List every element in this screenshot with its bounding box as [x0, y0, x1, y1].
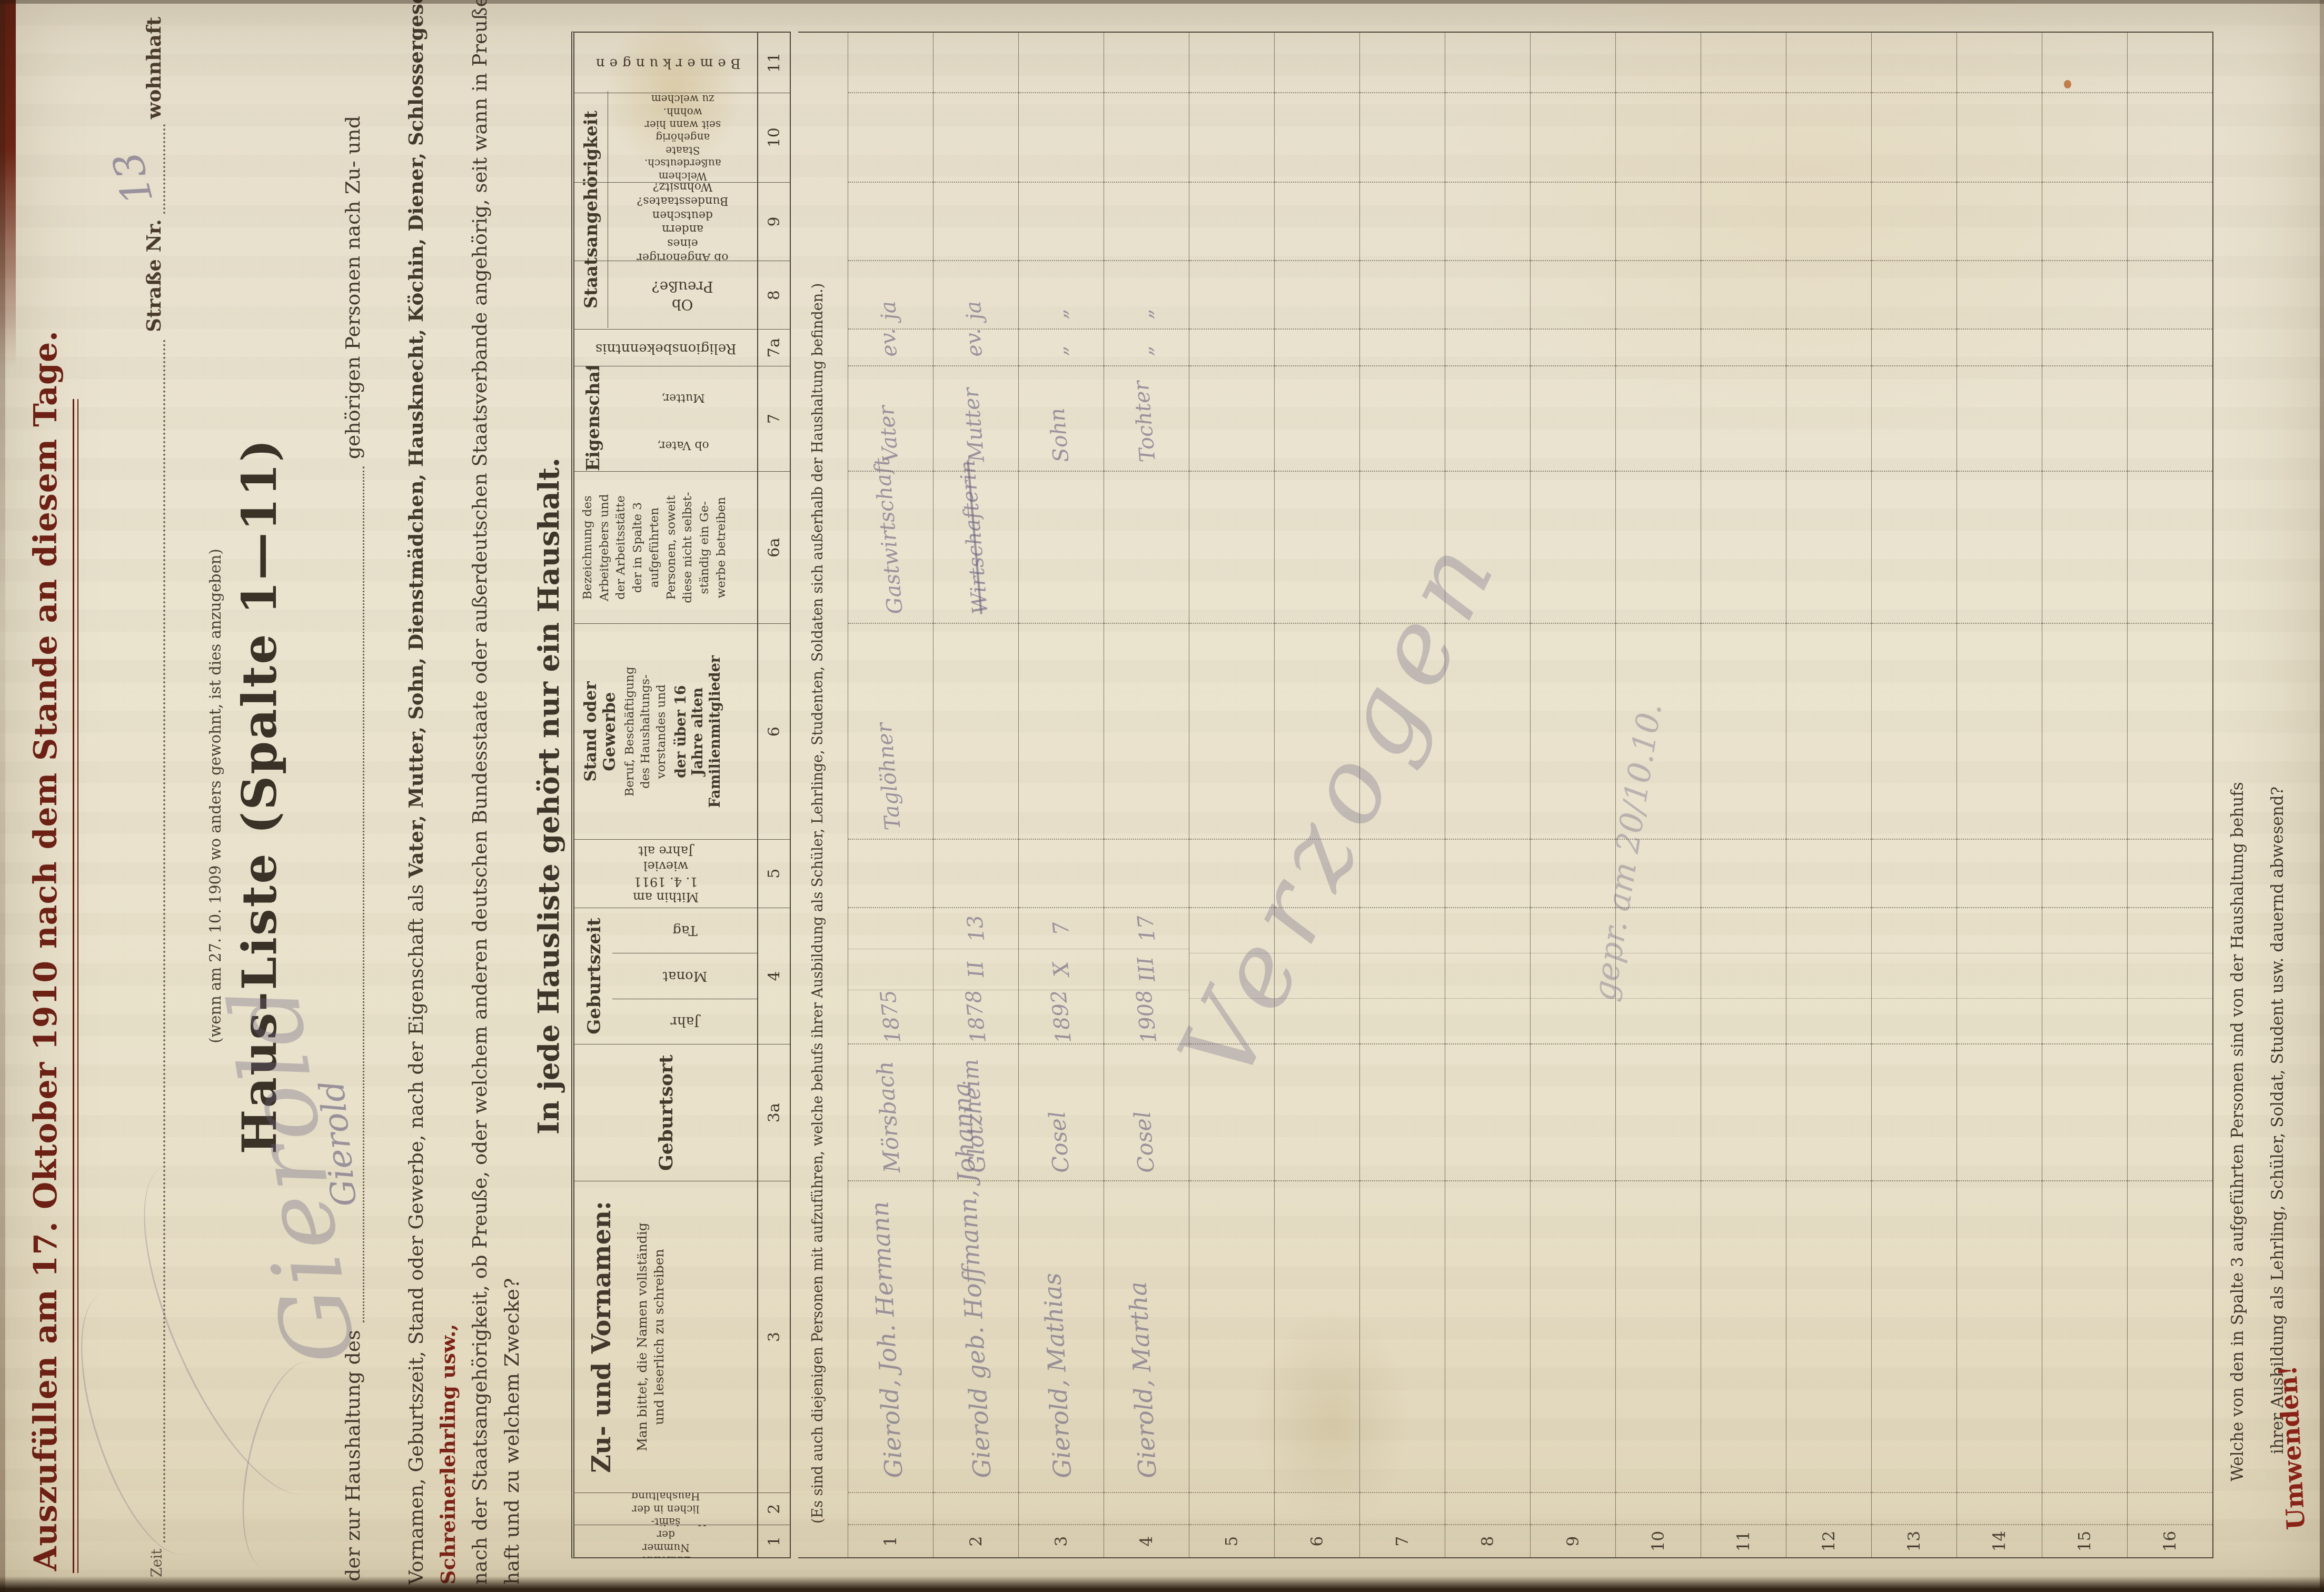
cell-c10 [848, 93, 933, 183]
cell-c2 [1189, 1493, 1274, 1525]
cell-c4: 1875 [848, 908, 933, 1045]
birthdate-jahr [2128, 999, 2212, 1043]
cell-c6 [1701, 624, 1786, 839]
cell-c2 [1275, 1493, 1359, 1525]
col4-sub-monat: Monat [662, 968, 707, 984]
colnum-10: 10 [758, 93, 790, 183]
birthdate-subcells [1360, 908, 1445, 1044]
cell-c6a [1872, 472, 1956, 624]
handwritten-birthplace: Mörsbach [872, 1060, 906, 1173]
cell-c1: 8 [1445, 1525, 1530, 1557]
cell-c4 [2042, 908, 2127, 1045]
cell-c4 [1445, 908, 1530, 1045]
handwritten-role: Sohn [1045, 407, 1074, 463]
cell-c2 [1616, 1493, 1701, 1525]
col5-label: Mithin am 1. 4. 1911 wieviel Jahre alt [632, 843, 700, 904]
row-number: 11 [1701, 1525, 1786, 1557]
cell-c3a [1872, 1044, 1956, 1181]
dotted-line [160, 339, 165, 1543]
cell-c2 [1104, 1493, 1189, 1525]
col4-sub-tag: Tag [672, 922, 697, 938]
cell-c11 [1786, 33, 1871, 93]
cell-c11 [1957, 33, 2042, 93]
house-number-field: 13 [160, 124, 165, 214]
handwritten-jahr: 1878 [961, 989, 990, 1044]
cell-c9 [1872, 183, 1956, 262]
cell-c10 [1104, 93, 1189, 183]
cell-c2 [1360, 1493, 1445, 1525]
row-number: 4 [1104, 1525, 1189, 1557]
header-col-1: Laufende Nummer der Haushaltungen [574, 1525, 757, 1557]
cell-c2 [1701, 1493, 1786, 1525]
table-footnote: (Es sind auch diejenigen Personen mit au… [810, 283, 826, 1524]
cell-c10 [1872, 93, 1956, 183]
birthdate-jahr [1360, 999, 1445, 1043]
birthdate-tag [2128, 908, 2212, 953]
colnum-5: 5 [758, 840, 790, 908]
row-number: 15 [2042, 1525, 2127, 1557]
birthdate-subcells [1872, 908, 1956, 1044]
cell-c4: 1878II13 [933, 908, 1018, 1045]
col4-sub-jahr: Jahr [670, 1014, 699, 1030]
colnum-6: 6 [758, 624, 790, 839]
cell-c11 [1701, 33, 1786, 93]
cell-c3: Gierold, Joh. Hermann [848, 1181, 933, 1493]
birthdate-jahr [2042, 999, 2127, 1043]
row-number: 10 [1616, 1525, 1701, 1557]
cell-c3a [1360, 1044, 1445, 1181]
row-number: 5 [1189, 1525, 1274, 1557]
birthdate-subcells [1786, 908, 1871, 1044]
cell-c9 [1701, 183, 1786, 262]
cell-c7 [1786, 366, 1871, 472]
cell-c10 [2128, 93, 2212, 183]
header-col-11: Bemerkungen [574, 33, 757, 93]
cell-c7 [1957, 366, 2042, 472]
table-row: 16 [2127, 33, 2212, 1557]
row-number: 6 [1275, 1525, 1359, 1557]
cell-c6a [1275, 472, 1359, 624]
col6-small: Beruf, Beschäftigung des Haushaltungs- v… [622, 624, 670, 839]
cell-c4 [1786, 908, 1871, 1045]
colnum-11: 11 [758, 33, 790, 93]
page-edge-right [2320, 0, 2324, 1592]
cell-c11 [1616, 33, 1701, 93]
colnum-4: 4 [758, 908, 790, 1045]
page-edge-top [0, 0, 2324, 4]
birthdate-tag: 7 [1019, 908, 1104, 949]
handwritten-birthplace: Cosel [1044, 1110, 1074, 1173]
row-number: 7 [1360, 1525, 1445, 1557]
handwritten-name: Gierold, Joh. Hermann [865, 1201, 908, 1479]
cell-c8 [1701, 261, 1786, 330]
handwritten-religion: „ [1047, 345, 1072, 358]
header-col-4: Geburtszeit Jahr Monat Tag [574, 908, 757, 1045]
household-rule-line: In jede Hausliste gehört nur ein Haushal… [532, 0, 565, 1592]
birthdate-subcells [1957, 908, 2042, 1044]
cell-c1: 16 [2128, 1525, 2212, 1557]
intro-line-5: haft und zu welchem Zwecke? [500, 1278, 523, 1585]
col3-note: Man bittet, die Namen vollständig und le… [634, 1181, 668, 1493]
handwritten-birthplace: Glotzheim [957, 1058, 991, 1173]
cell-c9 [1275, 183, 1359, 262]
row-number: 16 [2128, 1525, 2212, 1557]
cell-c8 [1275, 261, 1359, 330]
cell-c2 [1445, 1493, 1530, 1525]
table-row: 1Gierold, Joh. HermannMörsbach1875Taglöh… [848, 33, 933, 1557]
handwritten-name: Gierold, Martha [1123, 1281, 1161, 1479]
cell-c7a: ev. [848, 330, 933, 366]
birthdate-monat [1360, 953, 1445, 999]
cell-c2 [1531, 1493, 1615, 1525]
cell-c6a [2042, 472, 2127, 624]
col3a-title: Geburtsort [574, 1044, 757, 1181]
cell-c9 [1445, 183, 1530, 262]
cell-c3 [2042, 1181, 2127, 1493]
birthdate-jahr [1786, 999, 1871, 1043]
bottom-note-line2: ihrer Ausbildung als Lehrling, Schüler, … [2268, 787, 2287, 1454]
form-heading: Auszufüllen am 17. Oktober 1910 nach dem… [27, 330, 64, 1571]
birthdate-monat [1786, 953, 1871, 999]
cell-c8 [1189, 261, 1274, 330]
handwritten-jahr: 1908 [1131, 989, 1161, 1044]
intro-line2-normal: Vornamen, Geburtszeit, Stand oder Gewerb… [405, 878, 428, 1585]
cell-c6a [1616, 472, 1701, 624]
cell-c6a [1531, 472, 1615, 624]
birthdate-subcells [1701, 908, 1786, 1044]
cell-c6a [2128, 472, 2212, 624]
cell-c3: Gierold, Mathias [1019, 1181, 1104, 1493]
handwritten-monat: II [963, 960, 989, 979]
cell-c3a: Cosel [1019, 1044, 1104, 1181]
col1-label: Laufende Nummer der Haushaltungen [625, 1525, 707, 1557]
cell-c11 [1019, 33, 1104, 93]
table-row: 12 [1786, 33, 1871, 1557]
handwritten-religion: ev. [961, 327, 988, 358]
table-row: 5 [1189, 33, 1274, 1557]
form-page: Auszufüllen am 17. Oktober 1910 nach dem… [0, 0, 2324, 1592]
cell-c10 [1275, 93, 1359, 183]
cell-c10 [1360, 93, 1445, 183]
intro-line2-bold: Vater, Mutter, Sohn, Dienstmädchen, Haus… [404, 0, 428, 878]
cell-c3 [1872, 1181, 1956, 1493]
birthdate-tag [1872, 908, 1956, 953]
cell-c4 [1872, 908, 1956, 1045]
cell-c9 [933, 183, 1018, 262]
birthdate-monat [1445, 953, 1530, 999]
cell-c3 [1616, 1181, 1701, 1493]
cell-c8: „ [1104, 261, 1189, 330]
cell-c7 [1701, 366, 1786, 472]
address-line: Zeit Straße Nr. 13 wohnhaft [142, 17, 165, 1577]
cell-c5 [1786, 840, 1871, 908]
cell-c8: „ [1019, 261, 1104, 330]
cell-c10 [2042, 93, 2127, 183]
cell-c7 [2128, 366, 2212, 472]
cell-c10 [1189, 93, 1274, 183]
heading-underline [73, 399, 78, 1573]
table-row: 15 [2042, 33, 2127, 1557]
cell-c8 [1616, 261, 1701, 330]
handwritten-monat: III [1133, 956, 1160, 983]
cell-c1: 6 [1275, 1525, 1359, 1557]
zeit-label: Zeit [149, 1549, 165, 1577]
cell-c3a: Cosel [1104, 1044, 1189, 1181]
cell-c7: Vater [848, 366, 933, 472]
handwritten-tag: 13 [962, 913, 989, 942]
cell-c6 [1104, 624, 1189, 839]
birthdate-monat [1701, 953, 1786, 999]
handwritten-preusse: „ [1132, 309, 1157, 322]
cell-c3 [1360, 1181, 1445, 1493]
handwritten-preusse: ja [876, 300, 902, 321]
cell-c7a [1189, 330, 1274, 366]
cell-c2 [1872, 1493, 1956, 1525]
colnum-3: 3 [758, 1181, 790, 1493]
cell-c7 [1616, 366, 1701, 472]
handwritten-role: Tochter [1129, 380, 1160, 463]
cell-c8 [1360, 261, 1445, 330]
cell-c6 [2042, 624, 2127, 839]
intro-line1-b: gehörigen Personen nach Zu- und [341, 116, 364, 459]
wohnhaft-label: wohnhaft [142, 17, 165, 119]
table-row: 4Gierold, MarthaCosel1908III17Tochter„„ [1104, 33, 1189, 1557]
col4-title: Geburtszeit [584, 908, 605, 1044]
colnum-9: 9 [758, 183, 790, 262]
col7-item: ob Vater, [657, 439, 709, 452]
col9-label: ob Angehöriger eines andern deutschen Bu… [637, 183, 728, 262]
cell-c7 [1360, 366, 1445, 472]
cell-c5 [1019, 840, 1104, 908]
cell-c4: 1892X7 [1019, 908, 1104, 1045]
census-table: Laufende Nummer der Haushaltungen Laufen… [571, 32, 791, 1558]
cell-c7a: ev. [933, 330, 1018, 366]
handwritten-house-number: 13 [104, 147, 162, 210]
cell-c9 [1019, 183, 1104, 262]
cell-c6 [933, 624, 1018, 839]
group-header-staatsangehoerigkeit: Staatsangehörigkeit [574, 91, 608, 328]
table-footnote-strip: (Es sind auch diejenigen Personen mit au… [798, 32, 848, 1558]
handwritten-religion: „ [1132, 345, 1157, 358]
cell-c6 [1786, 624, 1871, 839]
cell-c6a [1957, 472, 2042, 624]
birthdate-jahr [1701, 999, 1786, 1043]
handwritten-employer: Gastwirtschaft [870, 457, 908, 615]
cell-c1: 4 [1104, 1525, 1189, 1557]
cell-c11 [1189, 33, 1274, 93]
cell-c10 [1616, 93, 1701, 183]
cell-c8 [1445, 261, 1530, 330]
cell-c3 [2128, 1181, 2212, 1493]
birthdate-subcells: 1875 [848, 908, 933, 1044]
row-number: 12 [1786, 1525, 1871, 1557]
cell-c6: Taglöhner [848, 624, 933, 839]
table-row: 9 [1530, 33, 1615, 1557]
cell-c1: 2 [933, 1525, 1018, 1557]
cell-c2 [1957, 1493, 2042, 1525]
birthdate-tag [848, 908, 933, 949]
table-row: 2Gierold geb. Hoffmann, JohannaGlotzheim… [933, 33, 1018, 1557]
cell-c6 [1957, 624, 2042, 839]
colnum-8: 8 [758, 261, 790, 330]
col3-title: Zu- und Vornamen: [588, 1181, 616, 1493]
header-col-7a: Religionsbekenntnis [574, 330, 757, 366]
cell-c1: 5 [1189, 1525, 1274, 1557]
cell-c2 [2128, 1493, 2212, 1525]
cell-c11 [933, 33, 1018, 93]
cell-c7 [1189, 366, 1274, 472]
col7a-label: Religionsbekenntnis [595, 340, 737, 356]
cell-c6a [1189, 472, 1274, 624]
header-col-2: Laufende Nummer der sämt- lichen in der … [574, 1493, 757, 1525]
cell-c2 [1019, 1493, 1104, 1525]
col7-list: ob Vater, Mutter, Sohn, Tochter, Knecht,… [609, 366, 757, 471]
cell-c1: 7 [1360, 1525, 1445, 1557]
cell-c10 [1531, 93, 1615, 183]
handwritten-role: Mutter [959, 386, 989, 463]
cell-c7a [1872, 330, 1956, 366]
cell-c3a [2042, 1044, 2127, 1181]
colnum-1: 1 [758, 1525, 790, 1557]
intro-line1-a: der zur Haushaltung des [341, 1330, 364, 1581]
birthdate-jahr [1445, 999, 1530, 1043]
col7-title: Eigenschaft: [583, 366, 603, 471]
cell-c1: 1 [848, 1525, 933, 1557]
cell-c6a [1104, 472, 1189, 624]
header-col-6: Stand oder Gewerbe Beruf, Beschäftigung … [574, 624, 757, 839]
header-col-7: Eigenschaft: ob Vater, Mutter, Sohn, Toc… [574, 366, 757, 472]
birthdate-tag: 13 [933, 908, 1018, 949]
cell-c11 [848, 33, 933, 93]
birthdate-tag [1786, 908, 1871, 953]
cell-c8: ja [933, 261, 1018, 330]
cell-c6 [2128, 624, 2212, 839]
header-col-6a: Bezeichnung des Arbeitgebers und der Arb… [574, 472, 757, 624]
cell-c6 [1531, 624, 1615, 839]
cell-c1: 9 [1531, 1525, 1615, 1557]
cell-c3 [1957, 1181, 2042, 1493]
cell-c7a [2042, 330, 2127, 366]
cell-c6a [1701, 472, 1786, 624]
cell-c7 [1445, 366, 1530, 472]
cell-c5 [2128, 840, 2212, 908]
col4-subcolumns: Jahr Monat Tag [612, 908, 757, 1044]
cell-c7 [1872, 366, 1956, 472]
cell-c2 [1786, 1493, 1871, 1525]
cell-c3a [1957, 1044, 2042, 1181]
cell-c3a [1701, 1044, 1786, 1181]
cell-c7a [1616, 330, 1701, 366]
handwritten-preusse: „ [1047, 309, 1072, 322]
row-number: 2 [933, 1525, 1018, 1557]
cell-c10 [1019, 93, 1104, 183]
column-numbers-row: 1 2 3 3a 4 5 6 6a 7 7a 8 9 10 11 [758, 32, 791, 1558]
name-dotted-field: Gierold [360, 466, 364, 1322]
colnum-7a: 7a [758, 330, 790, 366]
birthdate-tag [1445, 908, 1530, 953]
page-edge-bottom-dark [0, 1576, 2324, 1592]
cell-c6a [1786, 472, 1871, 624]
cell-c5 [1445, 840, 1530, 908]
row-number: 13 [1872, 1525, 1956, 1557]
cell-c7a [1786, 330, 1871, 366]
header-col-3a: Geburtsort [574, 1044, 757, 1181]
birthdate-tag [1360, 908, 1445, 953]
handwritten-tag: 7 [1048, 920, 1074, 936]
cell-c9 [848, 183, 933, 262]
cell-c3: Gierold, Martha [1104, 1181, 1189, 1493]
cell-c5 [1872, 840, 1956, 908]
cell-c1: 13 [1872, 1525, 1956, 1557]
row-number: 3 [1019, 1525, 1104, 1557]
handwritten-jahr: 1892 [1046, 989, 1076, 1044]
cell-c7 [2042, 366, 2127, 472]
cell-c7a [1275, 330, 1359, 366]
cell-c11 [1360, 33, 1445, 93]
table-header: Laufende Nummer der Haushaltungen Laufen… [571, 32, 758, 1558]
birthdate-monat [1957, 953, 2042, 999]
birthdate-subcells [2128, 908, 2212, 1044]
cell-c2 [2042, 1493, 2127, 1525]
birthdate-jahr: 1892 [1019, 990, 1104, 1044]
birthdate-tag [1957, 908, 2042, 953]
cell-c3a [1786, 1044, 1871, 1181]
birthdate-jahr: 1878 [933, 990, 1018, 1044]
cell-c5 [1701, 840, 1786, 908]
cell-c9 [2128, 183, 2212, 262]
birthdate-subcells: 1892X7 [1019, 908, 1104, 1044]
cell-c1: 11 [1701, 1525, 1786, 1557]
table-row: 13 [1871, 33, 1956, 1557]
cell-c11 [2128, 33, 2212, 93]
cell-c6 [1019, 624, 1104, 839]
cell-c7a [1957, 330, 2042, 366]
handwritten-employer: Wirtschafterin [955, 460, 992, 615]
cell-c3: Gierold geb. Hoffmann, Johanna [933, 1181, 1018, 1493]
birthdate-subcells [1445, 908, 1530, 1044]
cell-c3a [1531, 1044, 1615, 1181]
cell-c8 [2042, 261, 2127, 330]
cell-c8 [1872, 261, 1956, 330]
table-row: 11 [1701, 33, 1786, 1557]
birthdate-jahr [1616, 999, 1701, 1043]
table-row: 8 [1445, 33, 1530, 1557]
row-number: 1 [848, 1525, 933, 1557]
cell-c3a [2128, 1044, 2212, 1181]
handwritten-birthplace: Cosel [1129, 1110, 1159, 1173]
cell-c9 [2042, 183, 2127, 262]
cell-c5 [933, 840, 1018, 908]
cell-c11 [1872, 33, 1956, 93]
handwritten-religion: ev. [876, 327, 902, 358]
cell-c3a [1616, 1044, 1701, 1181]
cell-c9 [1957, 183, 2042, 262]
cell-c6 [1189, 624, 1274, 839]
birthdate-jahr [1957, 999, 2042, 1043]
cell-c1: 3 [1019, 1525, 1104, 1557]
col6-bold: der über 16 Jahre alten Familienmitglied… [673, 624, 724, 839]
cell-c7: Tochter [1104, 366, 1189, 472]
cell-c3a [1445, 1044, 1530, 1181]
cell-c9 [1616, 183, 1701, 262]
page-edge-left-shade [0, 0, 5, 1592]
birthdate-tag [2042, 908, 2127, 953]
cell-c5 [2042, 840, 2127, 908]
cell-c7: Mutter [933, 366, 1018, 472]
scanned-census-form: Auszufüllen am 17. Oktober 1910 nach dem… [0, 0, 2324, 1592]
handwritten-jahr: 1875 [876, 989, 905, 1044]
birthdate-tag [1701, 908, 1786, 953]
